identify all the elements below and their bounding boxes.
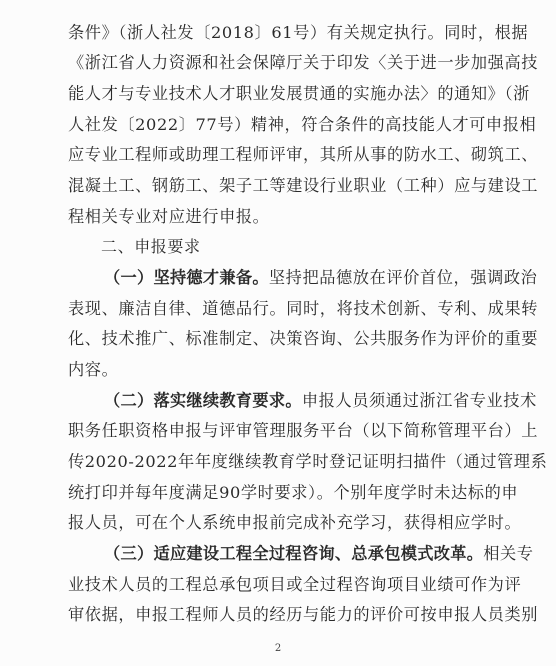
item-2-title: （二）落实继续教育要求。 (104, 391, 302, 410)
paragraph-line: 应专业工程师或助理工程师评审，其所从事的防水工、砌筑工、 (68, 143, 458, 167)
page-number: 2 (0, 643, 556, 654)
item-3-text: 相关专 (483, 544, 533, 563)
paragraph-line: 内容。 (68, 358, 458, 382)
paragraph-line: 传2020-2022年年度继续教育学时登记证明扫描件（通过管理系 (68, 450, 458, 474)
paragraph-line: 报人员，可在个人系统申报前完成补充学习，获得相应学时。 (68, 511, 458, 535)
paragraph-line: 《浙江省人力资源和社会保障厅关于印发〈关于进一步加强高技 (68, 51, 458, 75)
paragraph-line: 统打印并每年度满足90学时要求）。个别年度学时未达标的申 (68, 481, 458, 505)
paragraph-line: 能人才与专业技术人才职业发展贯通的实施办法〉的通知》（浙 (68, 82, 458, 106)
section-heading: 二、申报要求 (101, 235, 491, 259)
paragraph-line: 程相关专业对应进行申报。 (68, 205, 458, 229)
item-3-first-line: （三）适应建设工程全过程咨询、总承包模式改革。相关专 (104, 542, 458, 566)
paragraph-line: 化、技术推广、标准制定、决策咨询、公共服务作为评价的重要 (68, 327, 458, 351)
item-2-first-line: （二）落实继续教育要求。申报人员须通过浙江省专业技术 (104, 389, 458, 413)
item-3-title: （三）适应建设工程全过程咨询、总承包模式改革。 (104, 544, 483, 563)
item-1-first-line: （一）坚持德才兼备。坚持把品德放在评价首位，强调政治 (104, 266, 458, 290)
item-1-text: 坚持把品德放在评价首位，强调政治 (269, 268, 538, 287)
paragraph-line: 条件》（浙人社发〔2018〕61号）有关规定执行。同时，根据 (68, 21, 458, 45)
item-1-title: （一）坚持德才兼备。 (104, 268, 269, 287)
paragraph-line: 职务任职资格申报与评审管理服务平台（以下简称管理平台）上 (68, 419, 458, 443)
paragraph-line: 人社发〔2022〕77号）精神，符合条件的高技能人才可申报相 (68, 113, 458, 137)
paragraph-line: 审依据，申报工程师人员的经历与能力的评价可按申报人员类别 (68, 603, 458, 627)
item-2-text: 申报人员须通过浙江省专业技术 (302, 391, 537, 410)
paragraph-line: 表现、廉洁自律、道德品行。同时，将技术创新、专利、成果转 (68, 297, 458, 321)
document-page: 条件》（浙人社发〔2018〕61号）有关规定执行。同时，根据 《浙江省人力资源和… (0, 0, 556, 666)
paragraph-line: 业技术人员的工程总承包项目或全过程咨询项目业绩可作为评 (68, 573, 458, 597)
paragraph-line: 混凝土工、钢筋工、架子工等建设行业职业（工种）应与建设工 (68, 174, 458, 198)
